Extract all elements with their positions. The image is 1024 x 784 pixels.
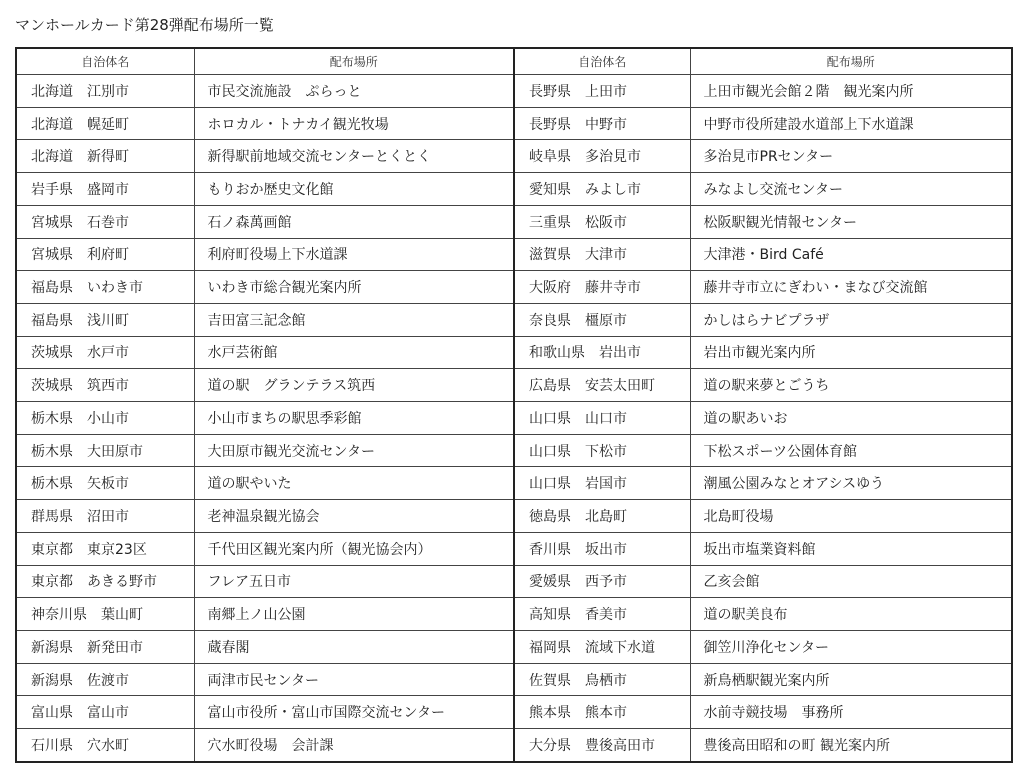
cell-municipality-left: 石川県 穴水町 (16, 729, 194, 762)
header-municipality-left: 自治体名 (16, 48, 194, 75)
cell-location-left: 利府町役場上下水道課 (194, 238, 514, 271)
cell-municipality-right: 福岡県 流域下水道 (514, 630, 690, 663)
cell-municipality-right: 大分県 豊後高田市 (514, 729, 690, 762)
page-title: マンホールカード第28弾配布場所一覧 (15, 14, 274, 35)
header-location-left: 配布場所 (194, 48, 514, 75)
table-row: 群馬県 沼田市老神温泉観光協会徳島県 北島町北島町役場 (16, 500, 1012, 533)
cell-municipality-left: 茨城県 水戸市 (16, 336, 194, 369)
cell-location-right: 水前寺競技場 事務所 (690, 696, 1012, 729)
cell-location-right: みなよし交流センター (690, 173, 1012, 206)
cell-municipality-left: 新潟県 新発田市 (16, 630, 194, 663)
cell-location-left: 道の駅やいた (194, 467, 514, 500)
cell-location-right: 藤井寺市立にぎわい・まなび交流館 (690, 271, 1012, 304)
table-row: 茨城県 筑西市道の駅 グランテラス筑西広島県 安芸太田町道の駅来夢とごうち (16, 369, 1012, 402)
cell-municipality-right: 長野県 中野市 (514, 107, 690, 140)
cell-location-right: 御笠川浄化センター (690, 630, 1012, 663)
cell-location-right: 潮風公園みなとオアシスゆう (690, 467, 1012, 500)
cell-location-left: 市民交流施設 ぷらっと (194, 75, 514, 108)
table-row: 岩手県 盛岡市もりおか歴史文化館愛知県 みよし市みなよし交流センター (16, 173, 1012, 206)
table-row: 東京都 あきる野市フレア五日市愛媛県 西予市乙亥会館 (16, 565, 1012, 598)
cell-municipality-left: 東京都 あきる野市 (16, 565, 194, 598)
cell-location-left: 水戸芸術館 (194, 336, 514, 369)
cell-location-left: 千代田区観光案内所（観光協会内） (194, 532, 514, 565)
cell-municipality-left: 茨城県 筑西市 (16, 369, 194, 402)
cell-municipality-right: 佐賀県 鳥栖市 (514, 663, 690, 696)
cell-municipality-left: 宮城県 利府町 (16, 238, 194, 271)
cell-location-right: 中野市役所建設水道部上下水道課 (690, 107, 1012, 140)
cell-location-left: 蔵春閣 (194, 630, 514, 663)
cell-location-right: 豊後高田昭和の町 観光案内所 (690, 729, 1012, 762)
cell-location-right: 道の駅来夢とごうち (690, 369, 1012, 402)
table-row: 富山県 富山市富山市役所・富山市国際交流センター熊本県 熊本市水前寺競技場 事務… (16, 696, 1012, 729)
cell-municipality-left: 栃木県 小山市 (16, 402, 194, 435)
cell-location-left: 富山市役所・富山市国際交流センター (194, 696, 514, 729)
cell-municipality-right: 愛知県 みよし市 (514, 173, 690, 206)
table-row: 北海道 江別市市民交流施設 ぷらっと長野県 上田市上田市観光会館２階 観光案内所 (16, 75, 1012, 108)
cell-municipality-right: 山口県 岩国市 (514, 467, 690, 500)
cell-location-left: もりおか歴史文化館 (194, 173, 514, 206)
cell-location-left: 吉田富三記念館 (194, 303, 514, 336)
cell-municipality-left: 福島県 浅川町 (16, 303, 194, 336)
cell-location-left: 南郷上ノ山公園 (194, 598, 514, 631)
cell-location-left: 石ノ森萬画館 (194, 205, 514, 238)
cell-location-right: 松阪駅観光情報センター (690, 205, 1012, 238)
cell-municipality-right: 高知県 香美市 (514, 598, 690, 631)
cell-location-right: 大津港・Bird Café (690, 238, 1012, 271)
table-row: 宮城県 石巻市石ノ森萬画館三重県 松阪市松阪駅観光情報センター (16, 205, 1012, 238)
cell-municipality-right: 和歌山県 岩出市 (514, 336, 690, 369)
table-row: 栃木県 小山市小山市まちの駅思季彩館山口県 山口市道の駅あいお (16, 402, 1012, 435)
table-row: 北海道 幌延町ホロカル・トナカイ観光牧場長野県 中野市中野市役所建設水道部上下水… (16, 107, 1012, 140)
table-row: 東京都 東京23区千代田区観光案内所（観光協会内）香川県 坂出市坂出市塩業資料館 (16, 532, 1012, 565)
table-row: 新潟県 佐渡市両津市民センター佐賀県 鳥栖市新鳥栖駅観光案内所 (16, 663, 1012, 696)
cell-municipality-left: 東京都 東京23区 (16, 532, 194, 565)
cell-municipality-right: 長野県 上田市 (514, 75, 690, 108)
cell-location-right: 下松スポーツ公園体育館 (690, 434, 1012, 467)
cell-municipality-left: 富山県 富山市 (16, 696, 194, 729)
cell-location-right: 道の駅あいお (690, 402, 1012, 435)
cell-location-left: 新得駅前地域交流センターとくとく (194, 140, 514, 173)
table-row: 栃木県 矢板市道の駅やいた山口県 岩国市潮風公園みなとオアシスゆう (16, 467, 1012, 500)
cell-location-right: 上田市観光会館２階 観光案内所 (690, 75, 1012, 108)
cell-municipality-right: 熊本県 熊本市 (514, 696, 690, 729)
cell-municipality-left: 新潟県 佐渡市 (16, 663, 194, 696)
cell-municipality-right: 岐阜県 多治見市 (514, 140, 690, 173)
cell-location-right: 新鳥栖駅観光案内所 (690, 663, 1012, 696)
cell-location-left: フレア五日市 (194, 565, 514, 598)
cell-location-left: 老神温泉観光協会 (194, 500, 514, 533)
cell-location-right: 北島町役場 (690, 500, 1012, 533)
cell-municipality-right: 大阪府 藤井寺市 (514, 271, 690, 304)
cell-municipality-right: 奈良県 橿原市 (514, 303, 690, 336)
table-header-row: 自治体名 配布場所 自治体名 配布場所 (16, 48, 1012, 75)
cell-location-left: ホロカル・トナカイ観光牧場 (194, 107, 514, 140)
cell-municipality-left: 栃木県 大田原市 (16, 434, 194, 467)
cell-location-left: 穴水町役場 会計課 (194, 729, 514, 762)
cell-location-left: 小山市まちの駅思季彩館 (194, 402, 514, 435)
table-row: 栃木県 大田原市大田原市観光交流センター山口県 下松市下松スポーツ公園体育館 (16, 434, 1012, 467)
cell-municipality-right: 山口県 下松市 (514, 434, 690, 467)
cell-municipality-left: 神奈川県 葉山町 (16, 598, 194, 631)
cell-municipality-right: 三重県 松阪市 (514, 205, 690, 238)
cell-municipality-right: 徳島県 北島町 (514, 500, 690, 533)
header-location-right: 配布場所 (690, 48, 1012, 75)
table-row: 神奈川県 葉山町南郷上ノ山公園高知県 香美市道の駅美良布 (16, 598, 1012, 631)
cell-location-right: 乙亥会館 (690, 565, 1012, 598)
table-row: 福島県 浅川町吉田富三記念館奈良県 橿原市かしはらナビプラザ (16, 303, 1012, 336)
cell-municipality-right: 広島県 安芸太田町 (514, 369, 690, 402)
cell-location-right: 道の駅美良布 (690, 598, 1012, 631)
cell-municipality-right: 愛媛県 西予市 (514, 565, 690, 598)
cell-municipality-left: 北海道 新得町 (16, 140, 194, 173)
cell-municipality-right: 山口県 山口市 (514, 402, 690, 435)
cell-municipality-left: 群馬県 沼田市 (16, 500, 194, 533)
cell-location-left: 両津市民センター (194, 663, 514, 696)
cell-location-right: 岩出市観光案内所 (690, 336, 1012, 369)
cell-location-left: 大田原市観光交流センター (194, 434, 514, 467)
cell-municipality-left: 栃木県 矢板市 (16, 467, 194, 500)
table-row: 北海道 新得町新得駅前地域交流センターとくとく岐阜県 多治見市多治見市PRセンタ… (16, 140, 1012, 173)
cell-location-right: 坂出市塩業資料館 (690, 532, 1012, 565)
cell-municipality-right: 香川県 坂出市 (514, 532, 690, 565)
cell-municipality-left: 宮城県 石巻市 (16, 205, 194, 238)
table-row: 石川県 穴水町穴水町役場 会計課大分県 豊後高田市豊後高田昭和の町 観光案内所 (16, 729, 1012, 762)
table-row: 宮城県 利府町利府町役場上下水道課滋賀県 大津市大津港・Bird Café (16, 238, 1012, 271)
distribution-table: 自治体名 配布場所 自治体名 配布場所 北海道 江別市市民交流施設 ぷらっと長野… (15, 47, 1013, 763)
cell-municipality-left: 福島県 いわき市 (16, 271, 194, 304)
cell-location-right: かしはらナビプラザ (690, 303, 1012, 336)
cell-municipality-left: 北海道 幌延町 (16, 107, 194, 140)
cell-location-left: いわき市総合観光案内所 (194, 271, 514, 304)
cell-municipality-left: 北海道 江別市 (16, 75, 194, 108)
cell-location-left: 道の駅 グランテラス筑西 (194, 369, 514, 402)
cell-municipality-left: 岩手県 盛岡市 (16, 173, 194, 206)
header-municipality-right: 自治体名 (514, 48, 690, 75)
table-row: 新潟県 新発田市蔵春閣福岡県 流域下水道御笠川浄化センター (16, 630, 1012, 663)
table-row: 福島県 いわき市いわき市総合観光案内所大阪府 藤井寺市藤井寺市立にぎわい・まなび… (16, 271, 1012, 304)
cell-municipality-right: 滋賀県 大津市 (514, 238, 690, 271)
table-row: 茨城県 水戸市水戸芸術館和歌山県 岩出市岩出市観光案内所 (16, 336, 1012, 369)
cell-location-right: 多治見市PRセンター (690, 140, 1012, 173)
